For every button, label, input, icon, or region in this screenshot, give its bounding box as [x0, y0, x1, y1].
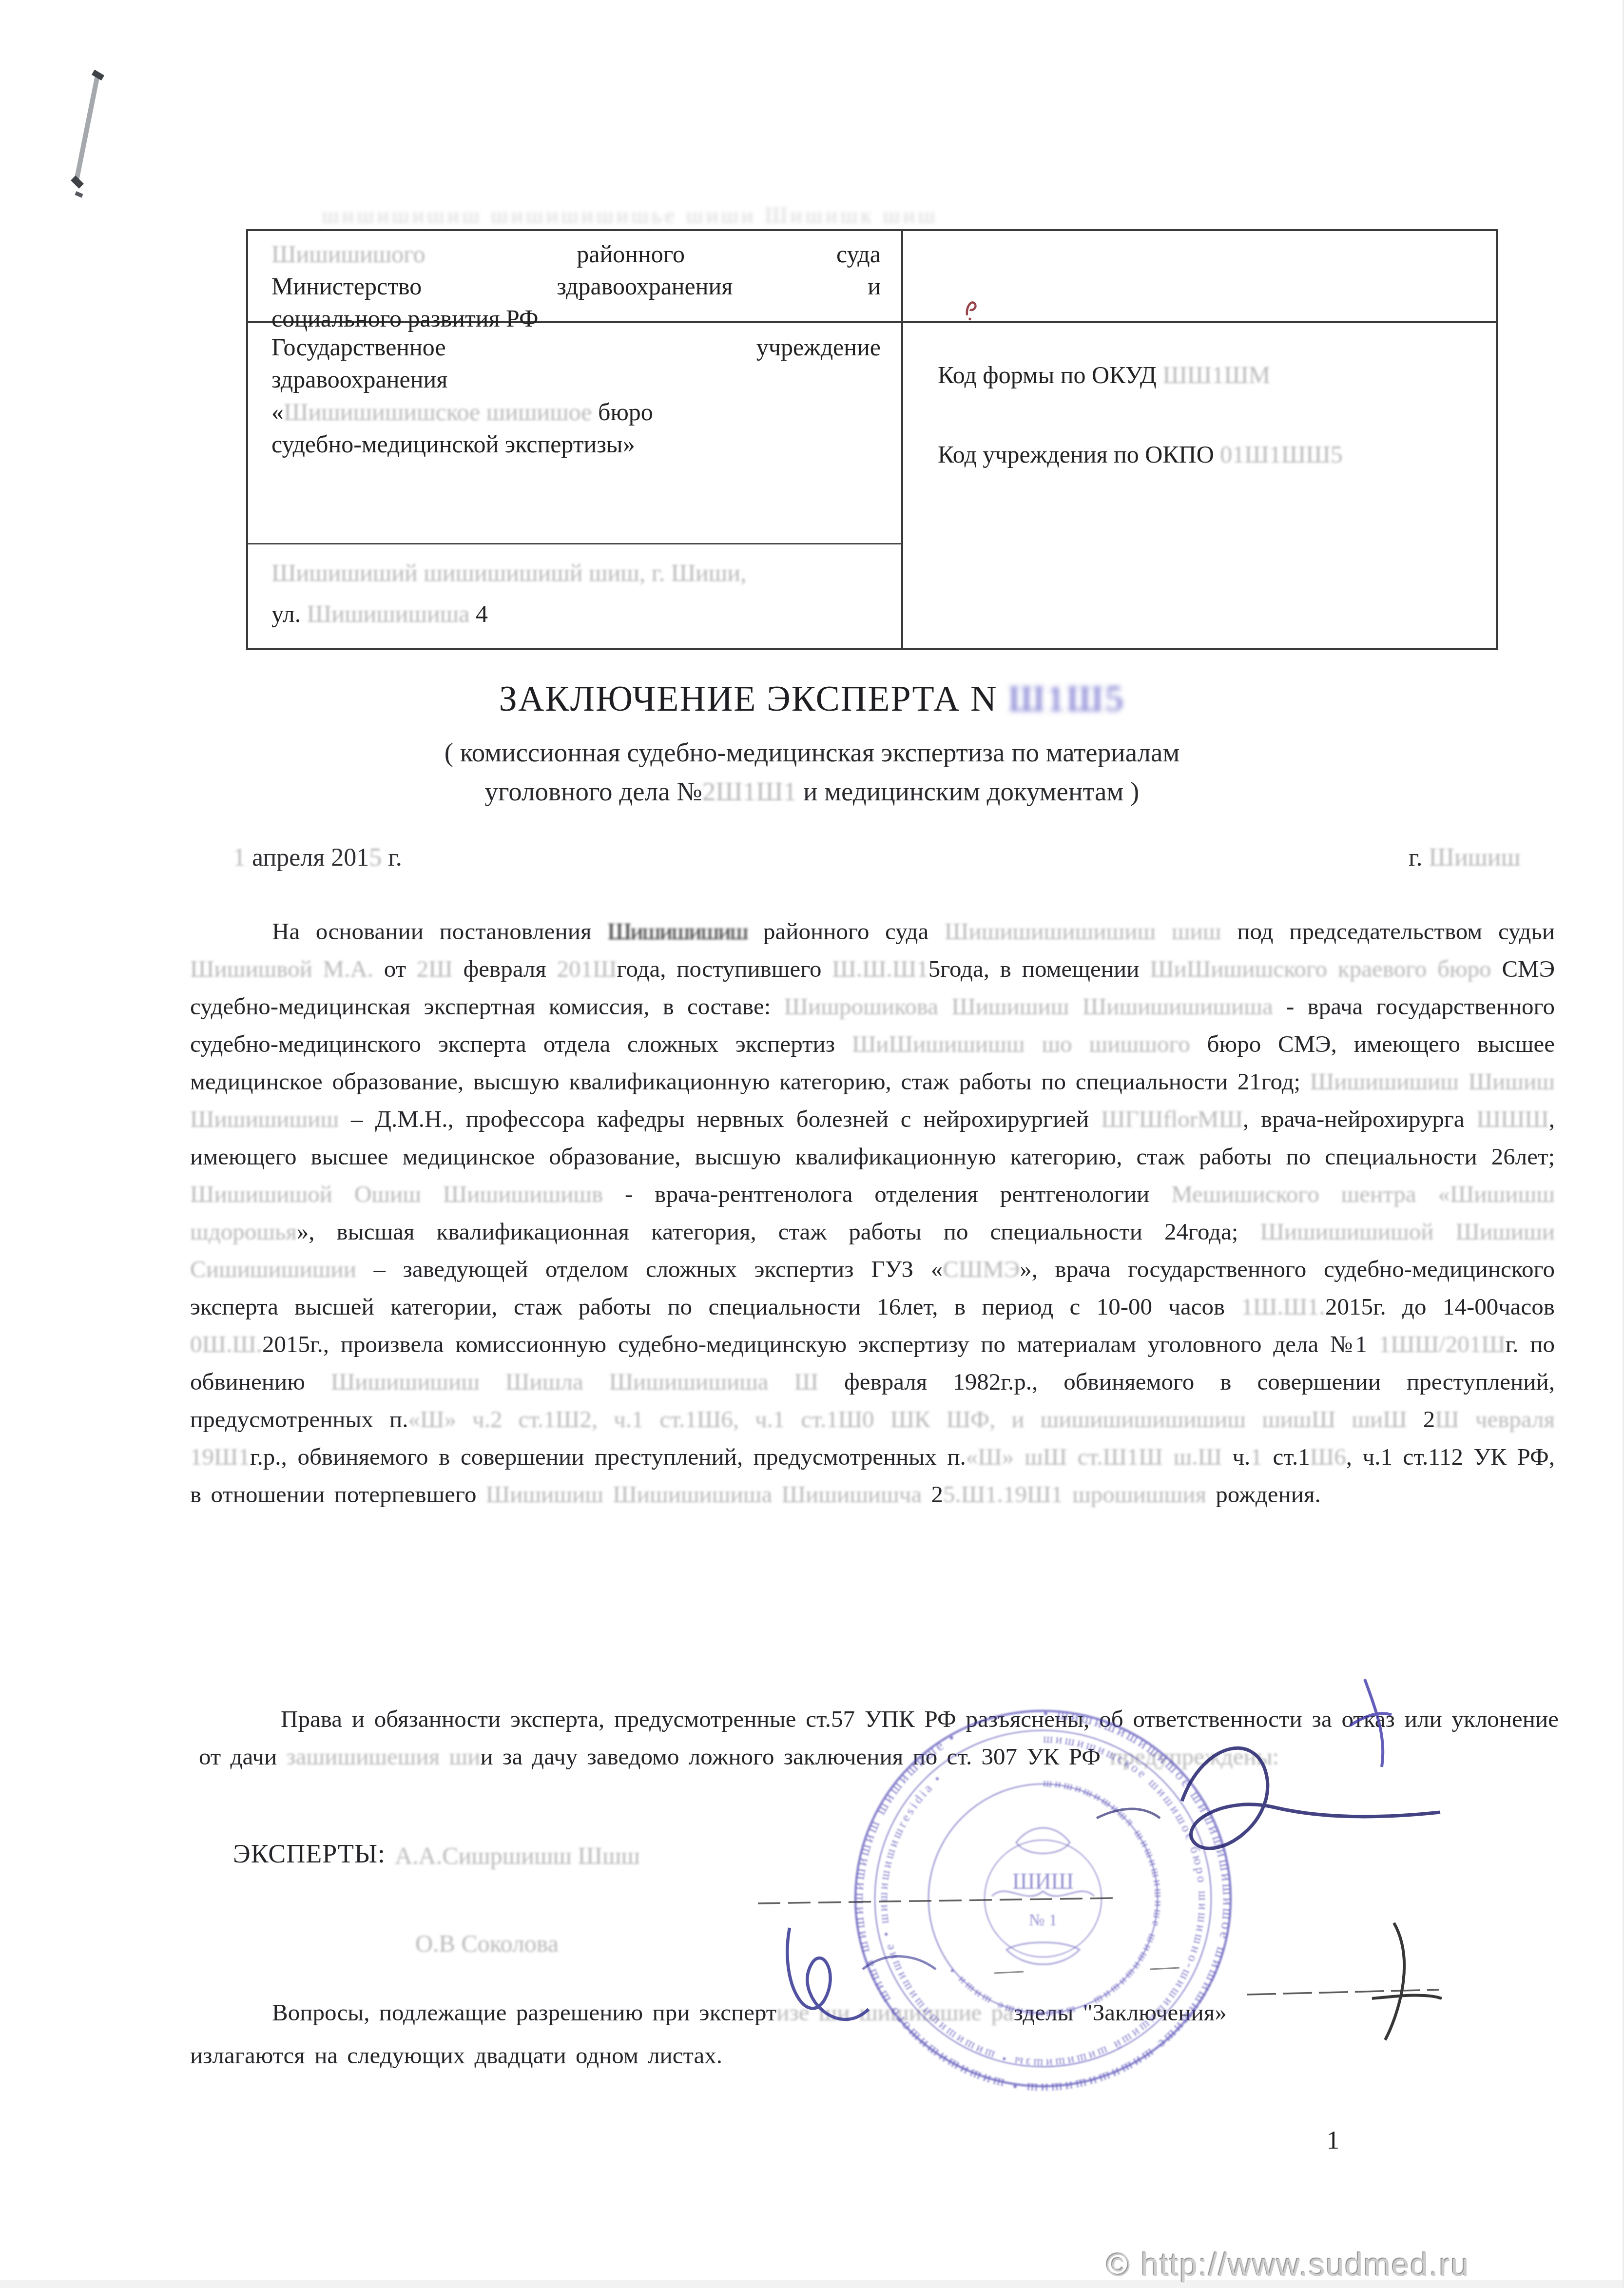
expert-name-1: А.А.Сишршишш Шшш — [395, 1842, 640, 1870]
table-cell-bureau-line1: «Шишишишишское шишишое бюро — [271, 396, 881, 428]
document-subtitle-line2: уголовного дела №2Ш1Ш1 и медицинским док… — [0, 776, 1624, 807]
table-cell-court: Шишишишогорайонногосуда — [271, 238, 881, 270]
paragraph-basis: На основании постановления Шишишишиш рай… — [190, 912, 1555, 1513]
expert-name-2: О.В Соколова — [415, 1929, 559, 1958]
table-cell-okud-code: Код формы по ОКУД ШШ1ШМ — [938, 359, 1484, 391]
sudmed-watermark: © http://www.sudmed.ru — [1106, 2246, 1470, 2283]
document-subtitle-line1: ( комиссионная судебно-медицинская экспе… — [0, 737, 1624, 768]
scanned-document-page: { "meta": { "doc_kind": "Заключение эксп… — [0, 0, 1624, 2288]
city-field: г. Шишиш — [1409, 843, 1594, 872]
table-cell-ministry-line1: Министерствоздравоохраненияи — [271, 270, 881, 302]
table-cell-address-line1: Шишишиший шишишишишй шиш, г. Шиши, — [271, 557, 881, 589]
experts-label: ЭКСПЕРТЫ: — [233, 1839, 386, 1869]
table-cell-institution-line1: Государственноеучреждение — [271, 331, 881, 363]
header-table: Шишишишогорайонногосуда Министерствоздра… — [246, 229, 1498, 650]
signature-strokes — [634, 1657, 1501, 2096]
table-cell-ministry-line2: социального развития РФ — [271, 302, 881, 334]
table-row-divider-2 — [248, 543, 901, 544]
table-cell-okpo-code: Код учреждения по ОКПО 01Ш1ШШ5 — [938, 438, 1484, 470]
page-number: 1 — [1327, 2126, 1339, 2155]
table-column-divider — [901, 231, 903, 648]
red-ink-mark — [962, 297, 982, 321]
staple-mark — [46, 58, 144, 205]
document-title: ЗАКЛЮЧЕНИЕ ЭКСПЕРТА N Ш1Ш5 — [0, 679, 1624, 720]
table-cell-address-line2: ул. Шишишишиша 4 — [271, 598, 881, 630]
date-field: 1 апреля 2015 г. — [233, 843, 402, 872]
table-cell-bureau-line2: судебно-медицинской экспертизы» — [271, 428, 881, 460]
faded-header-line: шишишишиш шишишишишье шиши Шишишк шиш — [322, 202, 1248, 228]
table-cell-institution-line2: здравоохранения — [271, 363, 881, 395]
